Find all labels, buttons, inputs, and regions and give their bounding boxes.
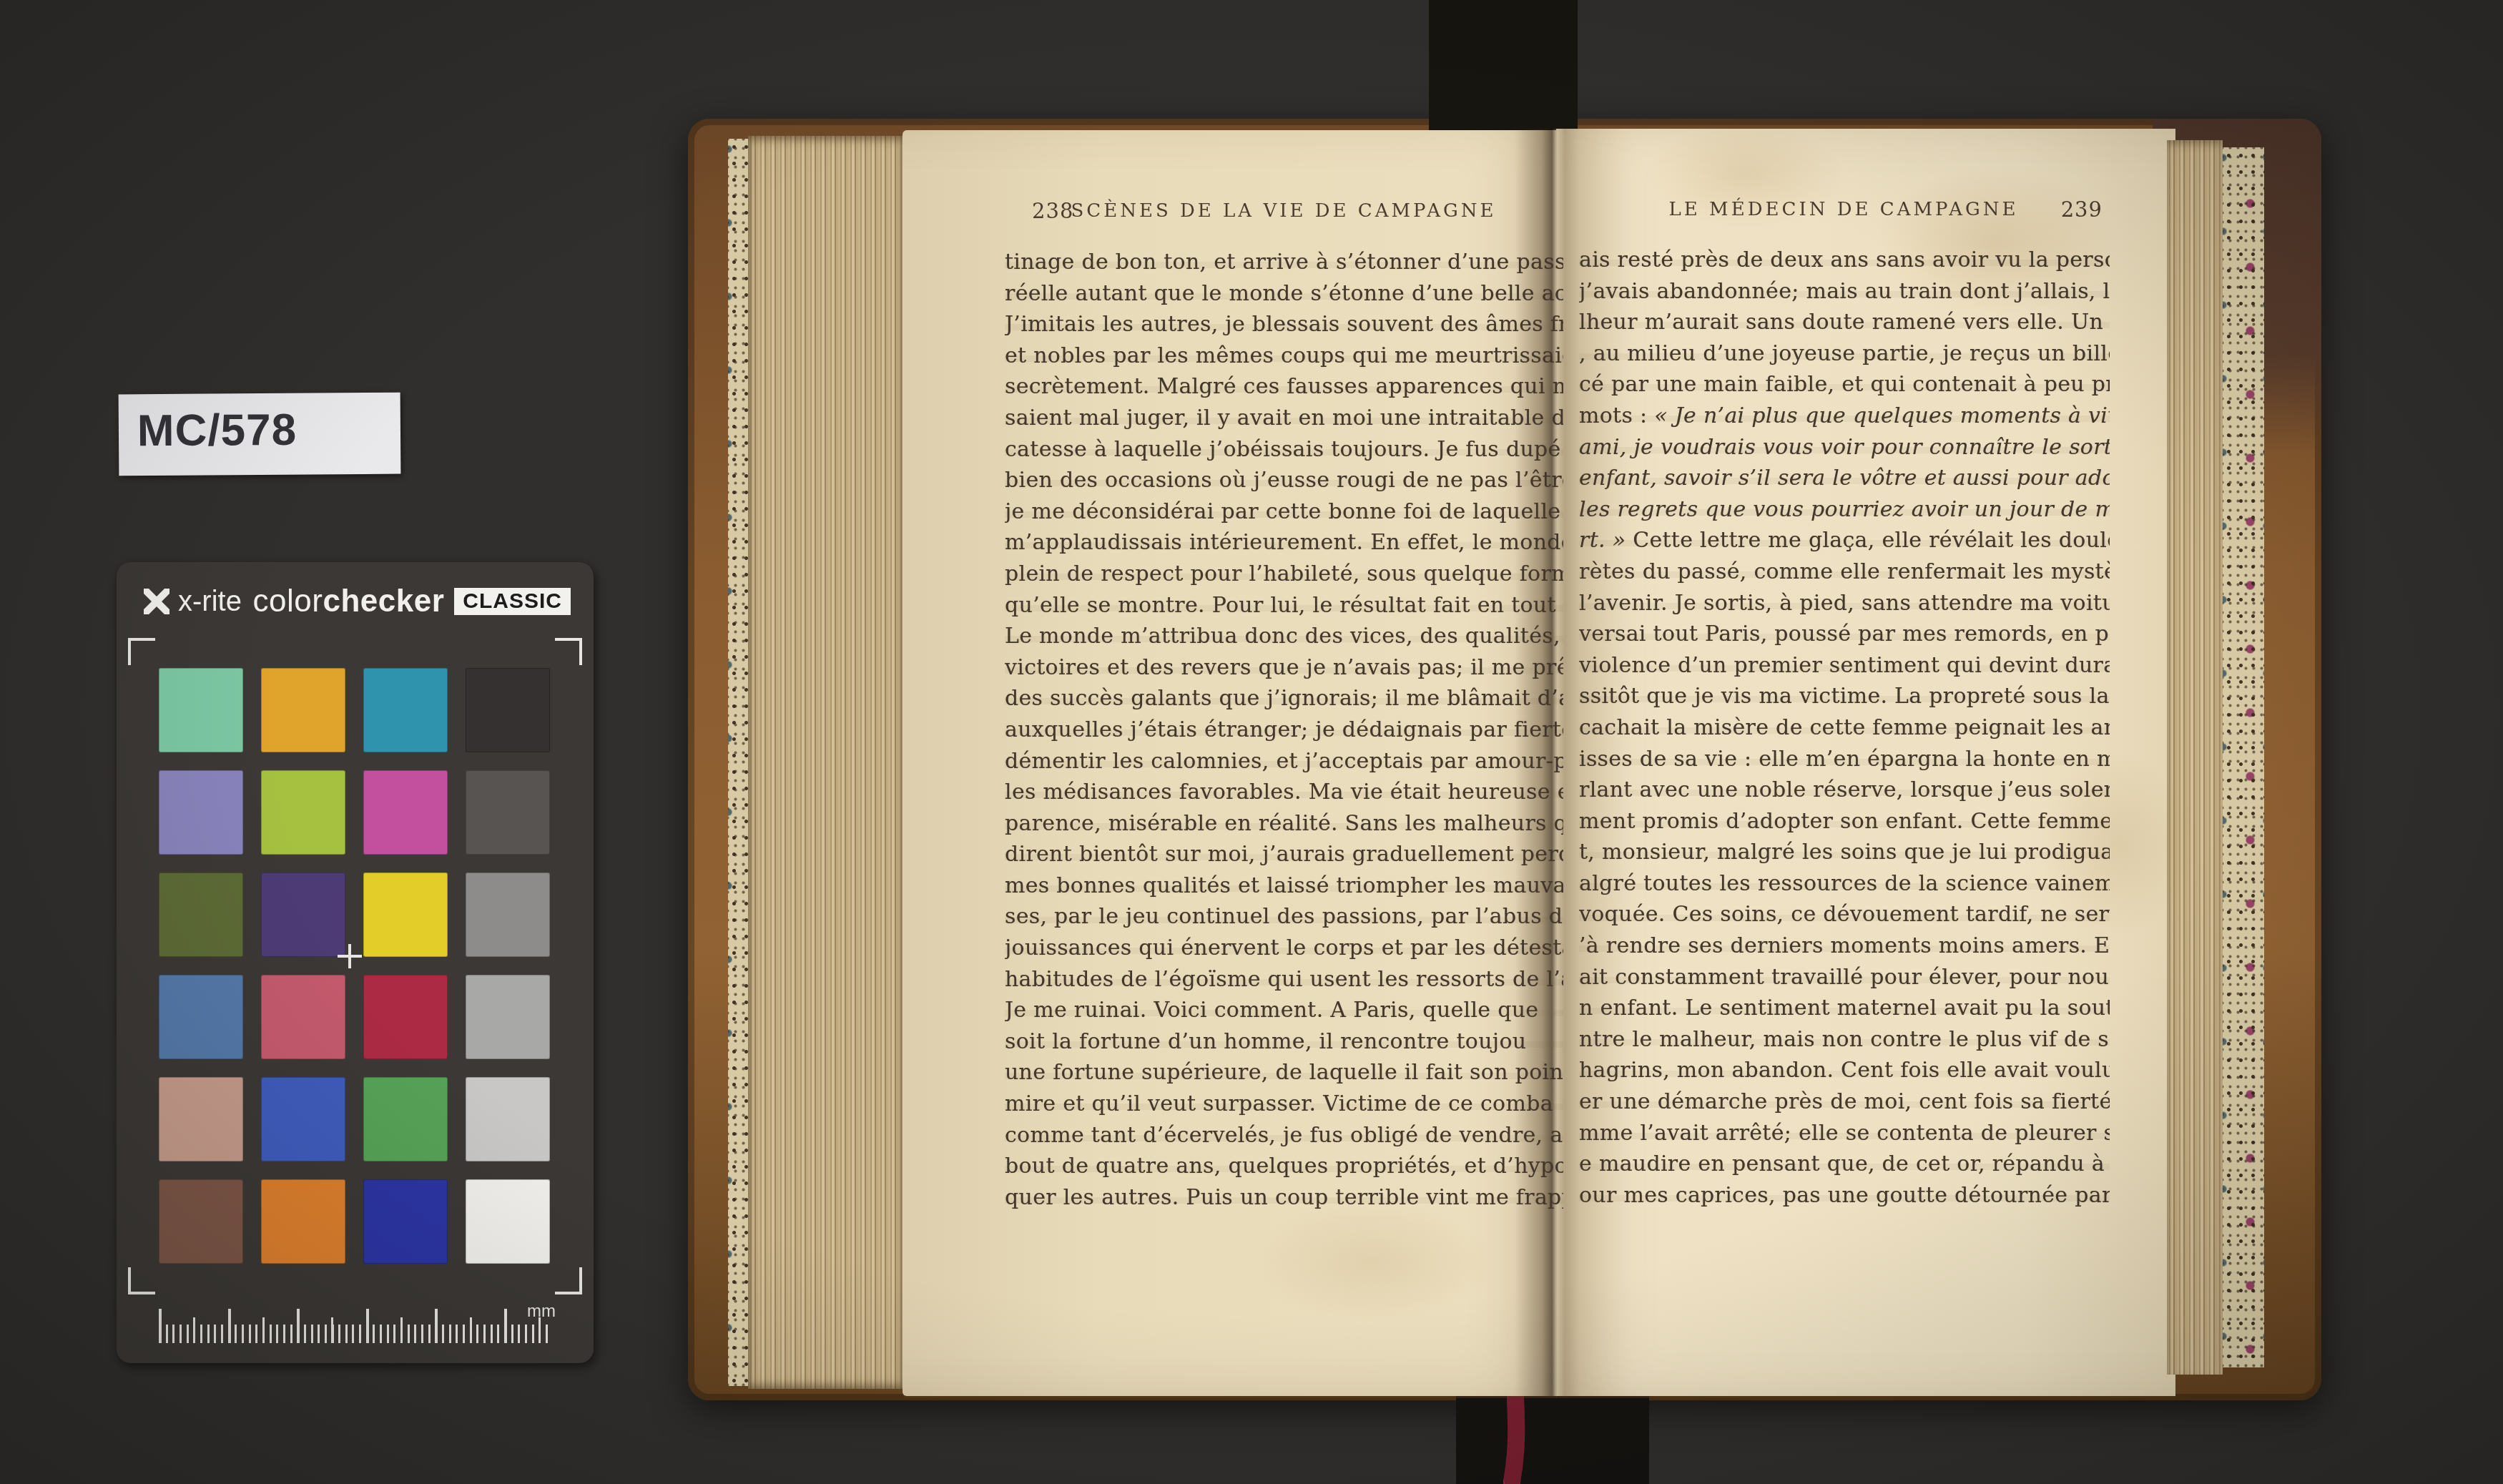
xrite-logo-icon [142, 587, 171, 616]
color-patch [466, 975, 550, 1059]
text-line: plein de respect pour l’habileté, sous q… [1005, 559, 1563, 590]
text-line: violence d’un premier sentiment qui devi… [1579, 650, 2110, 682]
color-patch [261, 668, 345, 752]
text-line: ment promis d’adopter son enfant. Cette … [1579, 806, 2110, 837]
text-line: ssitôt que je vis ma victime. La propret… [1579, 681, 2110, 712]
color-patch [363, 770, 448, 855]
text-line: parence, misérable en réalité. Sans les … [1005, 808, 1563, 840]
text-line: ami, je voudrais vous voir pour connaîtr… [1579, 432, 2110, 463]
registration-cross-icon [338, 944, 362, 968]
mm-ruler: mm [159, 1309, 550, 1343]
registration-bracket [128, 638, 155, 665]
color-patch [363, 975, 448, 1059]
text-line: quer les autres. Puis un coup terrible v… [1005, 1182, 1563, 1214]
text-line: our mes caprices, pas une goutte détourn… [1579, 1180, 2110, 1212]
text-line: e maudire en pensant que, de cet or, rép… [1579, 1149, 2110, 1180]
text-line: bout de quatre ans, quelques propriétés,… [1005, 1151, 1563, 1182]
text-line: cé par une main faible, et qui contenait… [1579, 369, 2110, 401]
left-running-title: SCÈNES DE LA VIE DE CAMPAGNE [1005, 200, 1563, 222]
left-page-number: 238 [1032, 199, 1073, 223]
text-line: cachait la misère de cette femme peignai… [1579, 712, 2110, 744]
text-line: hagrins, mon abandon. Cent fois elle ava… [1579, 1055, 2110, 1086]
marbled-endpaper-right [2223, 147, 2264, 1367]
digitization-photo: 238 SCÈNES DE LA VIE DE CAMPAGNE tinage … [0, 0, 2503, 1484]
text-line: les regrets que vous pourriez avoir un j… [1579, 494, 2110, 526]
text-line: une fortune supérieure, de laquelle il f… [1005, 1057, 1563, 1089]
text-line: les médisances favorables. Ma vie était … [1005, 777, 1563, 808]
text-line: lheur m’aurait sans doute ramené vers el… [1579, 307, 2110, 338]
text-line: réelle autant que le monde s’étonne d’un… [1005, 278, 1563, 310]
color-patch [363, 1077, 448, 1161]
registration-bracket [555, 638, 582, 665]
registration-bracket [555, 1267, 582, 1294]
text-line: mire et qu’il veut surpasser. Victime de… [1005, 1089, 1563, 1120]
text-line: er une démarche près de moi, cent fois s… [1579, 1086, 2110, 1118]
text-line: habitudes de l’égoïsme qui usent les res… [1005, 964, 1563, 996]
colorchecker-card: x-rite colorchecker CLASSIC mm [117, 562, 594, 1363]
text-line: tinage de bon ton, et arrive à s’étonner… [1005, 247, 1563, 278]
color-patch [466, 1179, 550, 1264]
color-patch [261, 770, 345, 855]
text-line: démentir les calomnies, et j’acceptais p… [1005, 746, 1563, 777]
color-patch [261, 873, 345, 957]
text-line: algré toutes les ressources de la scienc… [1579, 868, 2110, 900]
color-patch [159, 1179, 243, 1264]
color-patch [363, 1179, 448, 1264]
text-line: mots : « Je n’ai plus que quelques momen… [1579, 401, 2110, 432]
color-patch [159, 668, 243, 752]
text-line: m’applaudissais intérieurement. En effet… [1005, 527, 1563, 559]
color-patch [159, 1077, 243, 1161]
right-page-number: 239 [2061, 197, 2103, 222]
text-line: je me déconsidérai par cette bonne foi d… [1005, 496, 1563, 528]
text-line: saient mal juger, il y avait en moi une … [1005, 403, 1563, 434]
text-line: mme l’avait arrêté; elle se contenta de … [1579, 1118, 2110, 1149]
color-patch [159, 770, 243, 855]
marbled-endpaper-left [728, 139, 748, 1386]
right-page-text: ais resté près de deux ans sans avoir vu… [1579, 245, 2110, 1221]
colorchecker-header: x-rite colorchecker CLASSIC [117, 562, 594, 619]
left-page-text: tinage de bon ton, et arrive à s’étonner… [1005, 247, 1563, 1221]
registration-bracket [128, 1267, 155, 1294]
text-line: rt. » Cette lettre me glaça, elle révéla… [1579, 525, 2110, 556]
colorchecker-product-name: colorchecker [253, 584, 445, 619]
text-line: auxquelles j’étais étranger; je dédaigna… [1005, 714, 1563, 746]
text-line: Je me ruinai. Voici comment. A Paris, qu… [1005, 995, 1563, 1026]
color-patch [261, 975, 345, 1059]
left-page-header: 238 SCÈNES DE LA VIE DE CAMPAGNE [1005, 200, 1563, 229]
xrite-brand-text: x-rite [178, 586, 242, 618]
text-line: qu’elle se montre. Pour lui, le résultat… [1005, 590, 1563, 621]
ruler-unit-label: mm [527, 1302, 556, 1322]
text-line: j’avais abandonnée; mais au train dont j… [1579, 276, 2110, 308]
color-patch [466, 668, 550, 752]
shelfmark-label: MC/578 [119, 393, 401, 476]
text-line: rètes du passé, comme elle renfermait le… [1579, 556, 2110, 588]
text-line: secrètement. Malgré ces fausses apparenc… [1005, 371, 1563, 403]
text-line: bien des occasions où j’eusse rougi de n… [1005, 465, 1563, 496]
page-edges-left [748, 136, 904, 1389]
text-line: n enfant. Le sentiment maternel avait pu… [1579, 993, 2110, 1024]
xrite-brand: x-rite [142, 586, 242, 618]
color-patch [466, 873, 550, 957]
color-patch [261, 1077, 345, 1161]
text-line: enfant, savoir s’il sera le vôtre et aus… [1579, 463, 2110, 494]
text-line: rlant avec une noble réserve, lorsque j’… [1579, 775, 2110, 806]
text-line: des succès galants que j’ignorais; il me… [1005, 683, 1563, 714]
text-line: soit la fortune d’un homme, il rencontre… [1005, 1026, 1563, 1058]
text-line: catesse à laquelle j’obéissais toujours.… [1005, 434, 1563, 466]
text-line: l’avenir. Je sortis, à pied, sans attend… [1579, 588, 2110, 619]
book-cradle-top-strip [1429, 0, 1578, 147]
color-patch [466, 770, 550, 855]
color-patch [363, 873, 448, 957]
text-line: ntre le malheur, mais non contre le plus… [1579, 1024, 2110, 1056]
text-line: versai tout Paris, poussé par mes remord… [1579, 619, 2110, 650]
product-name-bold: checker [323, 584, 444, 619]
color-patch [466, 1077, 550, 1161]
text-line: ’à rendre ses derniers moments moins ame… [1579, 930, 2110, 962]
page-edges-right [2167, 140, 2223, 1375]
text-line: ais resté près de deux ans sans avoir vu… [1579, 245, 2110, 276]
text-line: voquée. Ces soins, ce dévouement tardif,… [1579, 899, 2110, 930]
color-patch [159, 975, 243, 1059]
text-line: Le monde m’attribua donc des vices, des … [1005, 621, 1563, 652]
color-patch [261, 1179, 345, 1264]
text-line: , au milieu d’une joyeuse partie, je reç… [1579, 338, 2110, 370]
right-running-title: LE MÉDECIN DE CAMPAGNE [1579, 199, 2108, 220]
text-line: mes bonnes qualités et laissé triompher … [1005, 870, 1563, 902]
text-line: ses, par le jeu continuel des passions, … [1005, 901, 1563, 933]
text-line: et nobles par les mêmes coups qui me meu… [1005, 340, 1563, 372]
text-line: victoires et des revers que je n’avais p… [1005, 652, 1563, 684]
product-name-light: color [253, 584, 323, 619]
color-patch [159, 873, 243, 957]
text-line: ait constamment travaillé pour élever, p… [1579, 962, 2110, 993]
text-line: dirent bientôt sur moi, j’aurais graduel… [1005, 839, 1563, 870]
text-line: J’imitais les autres, je blessais souven… [1005, 309, 1563, 340]
text-line: comme tant d’écervelés, je fus obligé de… [1005, 1120, 1563, 1151]
classic-badge: CLASSIC [454, 588, 571, 615]
text-line: t, monsieur, malgré les soins que je lui… [1579, 837, 2110, 868]
text-line: jouissances qui énervent le corps et par… [1005, 933, 1563, 964]
shelfmark-text: MC/578 [119, 393, 401, 457]
color-patch [363, 668, 448, 752]
right-page-header: LE MÉDECIN DE CAMPAGNE 239 [1579, 199, 2108, 227]
text-line: isses de sa vie : elle m’en épargna la h… [1579, 744, 2110, 775]
